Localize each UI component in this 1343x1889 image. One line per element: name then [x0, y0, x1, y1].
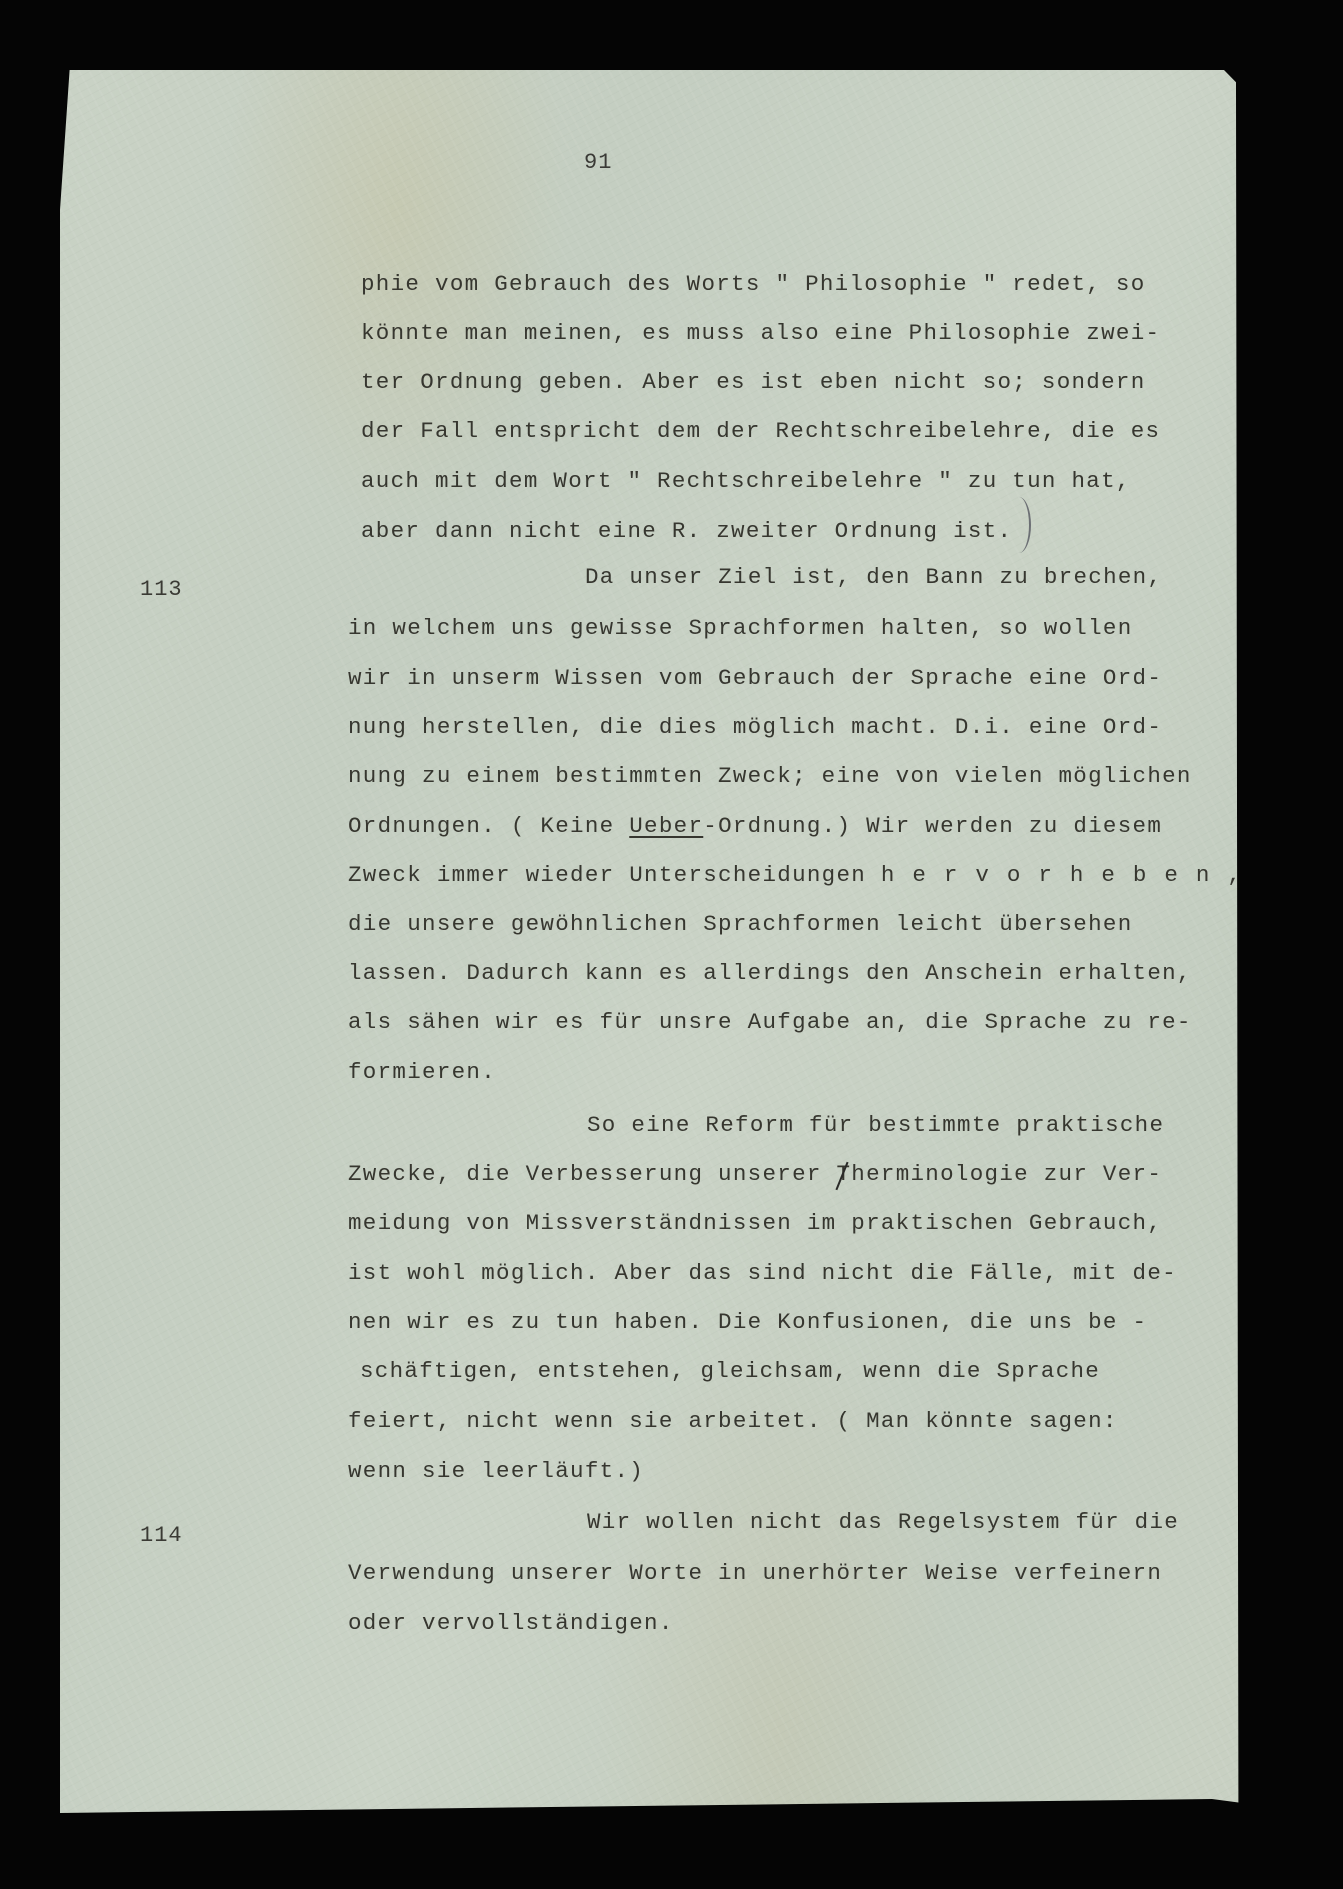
text-line: ter Ordnung geben. Aber es ist eben nich… — [361, 371, 1146, 394]
text-line: wenn sie leerläuft.) — [348, 1460, 644, 1483]
text-line: Zweck immer wieder Unterscheidungen herv… — [348, 864, 1242, 887]
page-number: 91 — [584, 150, 612, 175]
text-line: schäftigen, entstehen, gleichsam, wenn d… — [360, 1360, 1100, 1383]
text-segment: herminologie zur Ver- — [851, 1161, 1162, 1187]
text-line: So eine Reform für bestimmte praktische — [587, 1114, 1164, 1137]
text-line: der Fall entspricht dem der Rechtschreib… — [361, 420, 1160, 443]
text-segment: Zweck immer wieder Unterscheidungen — [348, 862, 881, 888]
text-line: könnte man meinen, es muss also eine Phi… — [361, 322, 1160, 345]
text-line: aber dann nicht eine R. zweiter Ordnung … — [361, 520, 1012, 543]
text-line: oder vervollständigen. — [348, 1612, 674, 1635]
text-line: die unsere gewöhnlichen Sprachformen lei… — [348, 913, 1133, 936]
text-line: auch mit dem Wort " Rechtschreibelehre "… — [361, 470, 1131, 493]
text-line: formieren. — [348, 1061, 496, 1084]
text-line: Wir wollen nicht das Regelsystem für die — [587, 1511, 1179, 1534]
text-line: feiert, nicht wenn sie arbeitet. ( Man k… — [348, 1410, 1118, 1433]
spaced-emphasis-word: hervorheben — [881, 862, 1228, 888]
text-line: Zwecke, die Verbesserung unserer Thermin… — [348, 1163, 1162, 1186]
text-segment: Ordnungen. ( Keine — [348, 813, 629, 839]
section-number-113: 113 — [140, 577, 183, 602]
text-line: Verwendung unserer Worte in unerhörter W… — [348, 1562, 1162, 1585]
text-segment: -Ordnung.) Wir werden zu diesem — [703, 813, 1162, 839]
text-line: nen wir es zu tun haben. Die Konfusionen… — [348, 1311, 1147, 1334]
text-line: Ordnungen. ( Keine Ueber-Ordnung.) Wir w… — [348, 815, 1162, 838]
text-line: als sähen wir es für unsre Aufgabe an, d… — [348, 1011, 1192, 1034]
struck-letter: T — [836, 1163, 851, 1186]
pencil-annotation — [1007, 497, 1031, 553]
text-line: lassen. Dadurch kann es allerdings den A… — [348, 962, 1192, 985]
text-line: in welchem uns gewisse Sprachformen halt… — [348, 617, 1133, 640]
text-line: phie vom Gebrauch des Worts " Philosophi… — [361, 273, 1146, 296]
text-segment: Zwecke, die Verbesserung unserer — [348, 1161, 836, 1187]
underlined-word: Ueber — [629, 813, 703, 839]
text-line: Da unser Ziel ist, den Bann zu brechen, — [585, 566, 1162, 589]
section-number-114: 114 — [140, 1523, 183, 1548]
text-segment: , — [1227, 862, 1242, 888]
text-line: ist wohl möglich. Aber das sind nicht di… — [348, 1262, 1177, 1285]
text-line: nung zu einem bestimmten Zweck; eine von… — [348, 765, 1192, 788]
text-line: wir in unserm Wissen vom Gebrauch der Sp… — [348, 667, 1162, 690]
text-line: meidung von Missverständnissen im prakti… — [348, 1212, 1162, 1235]
text-line: nung herstellen, die dies möglich macht.… — [348, 716, 1162, 739]
